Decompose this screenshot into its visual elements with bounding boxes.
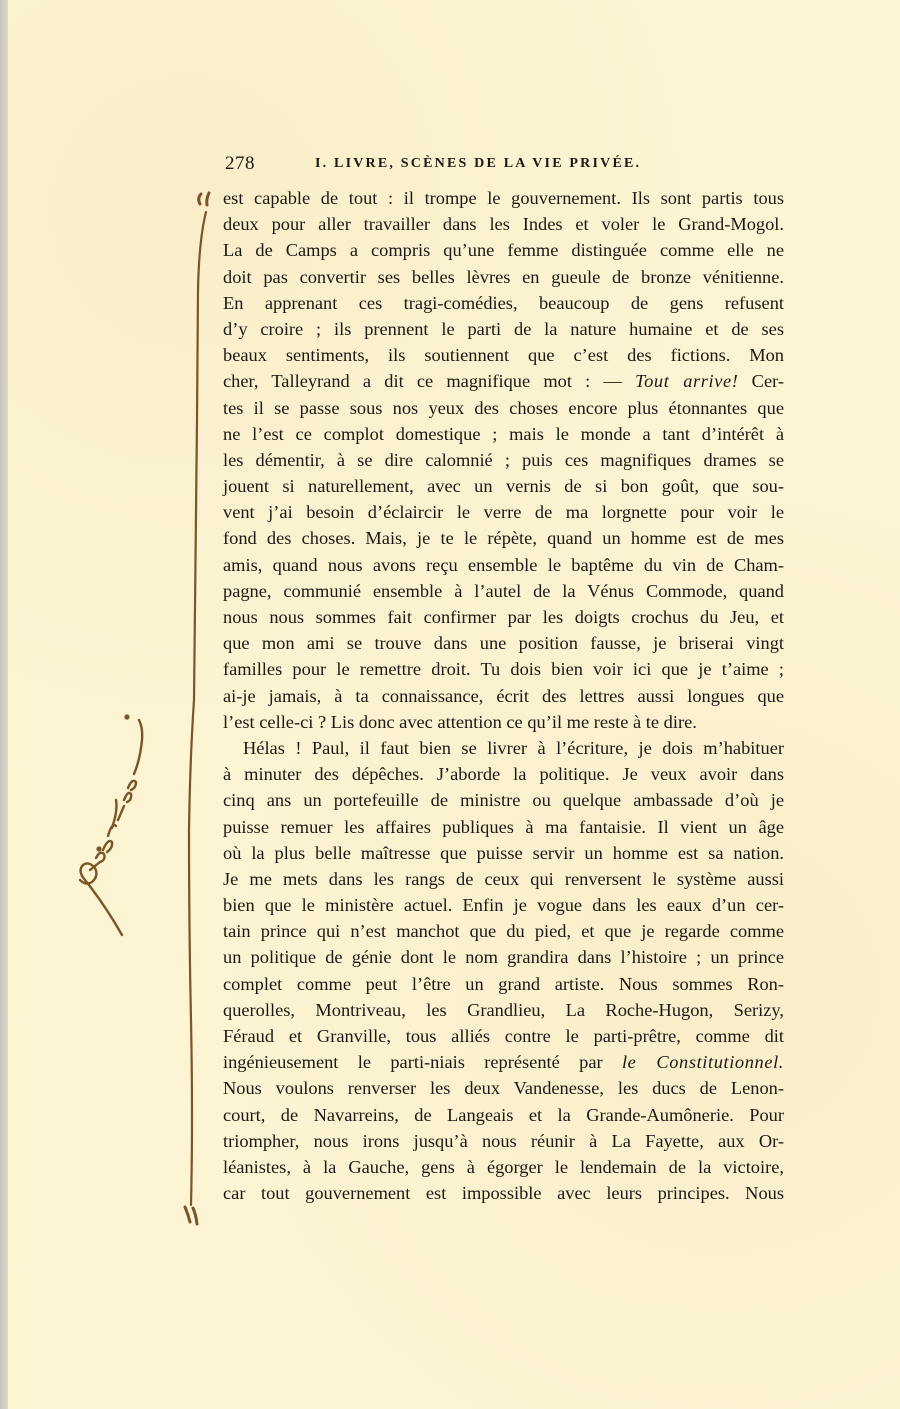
margin-sideline-icon [189, 212, 206, 1205]
handwritten-annotations [0, 0, 900, 1409]
open-quote-mark-icon [199, 193, 209, 205]
handwritten-margin-note-icon [80, 716, 142, 935]
close-quote-mark-icon [185, 1207, 197, 1224]
